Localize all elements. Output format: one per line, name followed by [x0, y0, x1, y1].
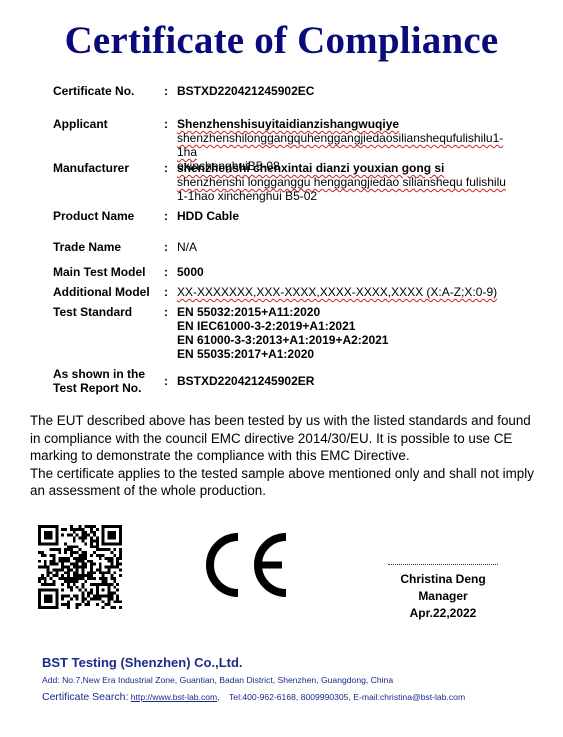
separator: :: [164, 265, 168, 279]
test-standard-item: EN 61000-3-3:2013+A1:2019+A2:2021: [177, 333, 388, 347]
manufacturer-address-line2: 1-1hao xinchenghui B5-02: [177, 189, 317, 203]
field-label: As shown in the Test Report No.: [53, 367, 163, 395]
field-label: Additional Model: [53, 285, 163, 299]
field-label: Product Name: [53, 209, 163, 223]
applicant-address-line1: shenzhenshilonggangquhenggangjiedaosilia…: [177, 131, 503, 159]
separator: :: [164, 117, 168, 131]
signature-date: Apr.22,2022: [378, 605, 508, 622]
test-report-number: BSTXD220421245902ER: [177, 374, 517, 388]
field-label: Certificate No.: [53, 84, 163, 98]
signature-block: Christina Deng Manager Apr.22,2022: [378, 564, 508, 622]
qr-code-icon[interactable]: [38, 525, 122, 609]
test-standard-list: EN 55032:2015+A11:2020 EN IEC61000-3-2:2…: [177, 305, 517, 361]
separator: :: [164, 84, 168, 98]
search-label: Certificate Search:: [42, 691, 128, 703]
company-address: Add: No.7,New Era Industrial Zone, Guant…: [42, 675, 393, 685]
test-standard-item: EN IEC61000-3-2:2019+A1:2021: [177, 319, 355, 333]
label-line1: As shown in the: [53, 367, 145, 381]
test-standard-item: EN 55035:2017+A1:2020: [177, 347, 314, 361]
certificate-number: BSTXD220421245902EC: [177, 84, 517, 98]
ce-mark-icon: [198, 533, 290, 597]
test-standard-item: EN 55032:2015+A11:2020: [177, 305, 320, 319]
separator: :: [164, 374, 168, 388]
separator: :: [164, 240, 168, 254]
separator: :: [164, 161, 168, 175]
signature-line: [388, 564, 498, 565]
additional-model-value: XX-XXXXXXX,XXX-XXXX,XXXX-XXXX,XXXX (X:A-…: [177, 285, 537, 299]
manufacturer-address-line1: shenzhenshi longganggu henggangjiedao si…: [177, 175, 506, 189]
field-label: Main Test Model: [53, 265, 163, 279]
company-name: BST Testing (Shenzhen) Co.,Ltd.: [42, 655, 243, 670]
contact-info: , Tel:400-962-6168, 8009990305, E-mail:c…: [217, 692, 465, 702]
main-test-model-value: 5000: [177, 265, 517, 279]
trade-name-value: N/A: [177, 240, 517, 254]
applicant-name: Shenzhenshisuyitaidianzishangwuqiye: [177, 117, 399, 131]
field-label: Trade Name: [53, 240, 163, 254]
separator: :: [164, 305, 168, 319]
certificate-search: Certificate Search: http://www.bst-lab.c…: [42, 691, 465, 703]
product-name-value: HDD Cable: [177, 209, 517, 223]
manufacturer-name: shenzhenshi chenxintai dianzi youxian go…: [177, 161, 444, 175]
label-line2: Test Report No.: [53, 381, 141, 395]
compliance-statement: The EUT described above has been tested …: [30, 412, 540, 500]
field-label: Applicant: [53, 117, 163, 131]
statement-paragraph-1: The EUT described above has been tested …: [30, 412, 540, 465]
manufacturer-value: shenzhenshi chenxintai dianzi youxian go…: [177, 161, 517, 203]
website-link[interactable]: http://www.bst-lab.com: [131, 692, 217, 702]
field-label: Test Standard: [53, 305, 163, 319]
separator: :: [164, 209, 168, 223]
statement-paragraph-2: The certificate applies to the tested sa…: [30, 465, 540, 500]
separator: :: [164, 285, 168, 299]
signatory-role: Manager: [378, 588, 508, 605]
signatory-name: Christina Deng: [378, 571, 508, 588]
field-label: Manufacturer: [53, 161, 163, 175]
page-title: Certificate of Compliance: [0, 18, 563, 63]
